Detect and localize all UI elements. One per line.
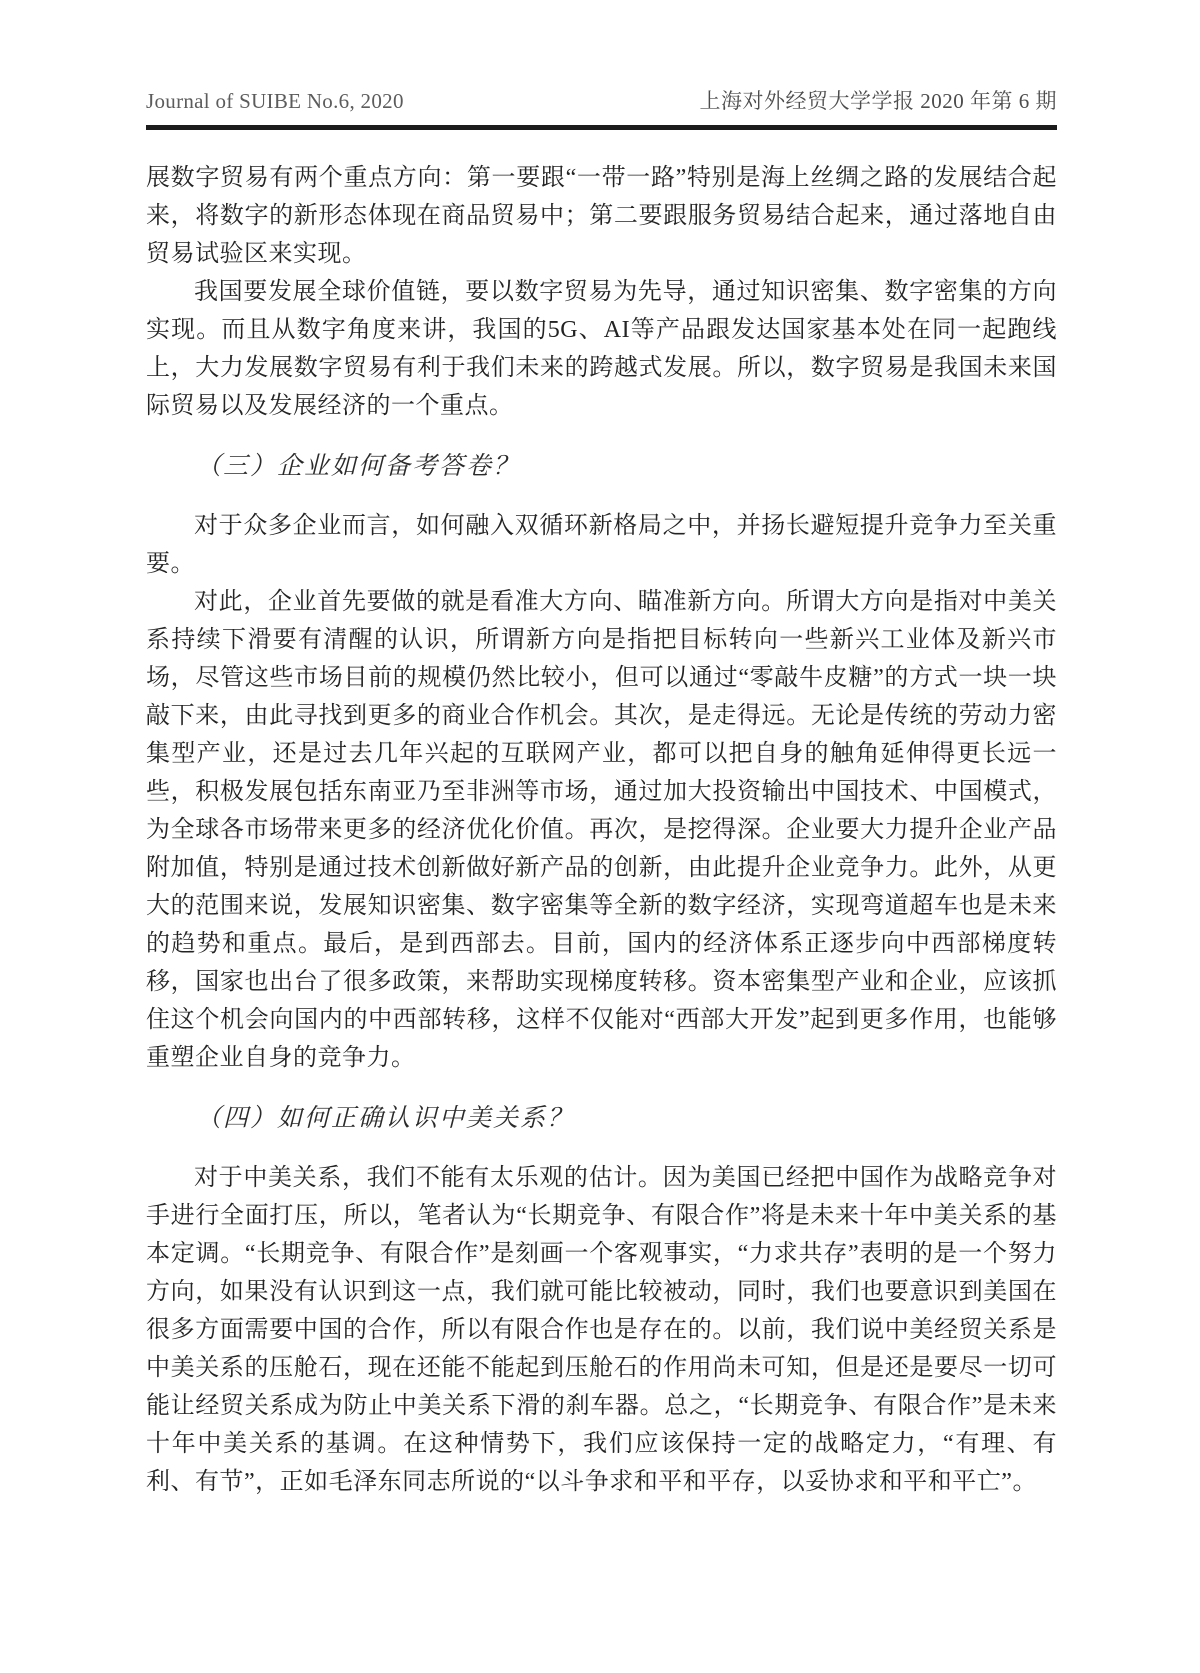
article-body: 展数字贸易有两个重点方向：第一要跟“一带一路”特别是海上丝绸之路的发展结合起来，… [146, 159, 1057, 1501]
journal-page: Journal of SUIBE No.6, 2020 上海对外经贸大学学报 2… [0, 0, 1200, 1673]
header-rule [146, 125, 1057, 130]
page-content: Journal of SUIBE No.6, 2020 上海对外经贸大学学报 2… [146, 88, 1057, 1501]
paragraph-enterprise-strategies: 对此，企业首先要做的就是看准大方向、瞄准新方向。所谓大方向是指对中美关系持续下滑… [146, 583, 1057, 1077]
running-head: Journal of SUIBE No.6, 2020 上海对外经贸大学学报 2… [146, 88, 1057, 114]
paragraph-digital-trade-directions: 展数字贸易有两个重点方向：第一要跟“一带一路”特别是海上丝绸之路的发展结合起来，… [146, 159, 1057, 273]
paragraph-enterprises-importance: 对于众多企业而言，如何融入双循环新格局之中，并扬长避短提升竞争力至关重要。 [146, 507, 1057, 583]
paragraph-global-value-chain: 我国要发展全球价值链，要以数字贸易为先导，通过知识密集、数字密集的方向实现。而且… [146, 273, 1057, 425]
section-heading-four: （四）如何正确认识中美关系？ [146, 1099, 1057, 1137]
section-heading-three: （三）企业如何备考答卷？ [146, 447, 1057, 485]
paragraph-us-china-relations: 对于中美关系，我们不能有太乐观的估计。因为美国已经把中国作为战略竞争对手进行全面… [146, 1159, 1057, 1501]
running-head-left: Journal of SUIBE No.6, 2020 [146, 88, 404, 114]
running-head-right: 上海对外经贸大学学报 2020 年第 6 期 [700, 88, 1058, 114]
